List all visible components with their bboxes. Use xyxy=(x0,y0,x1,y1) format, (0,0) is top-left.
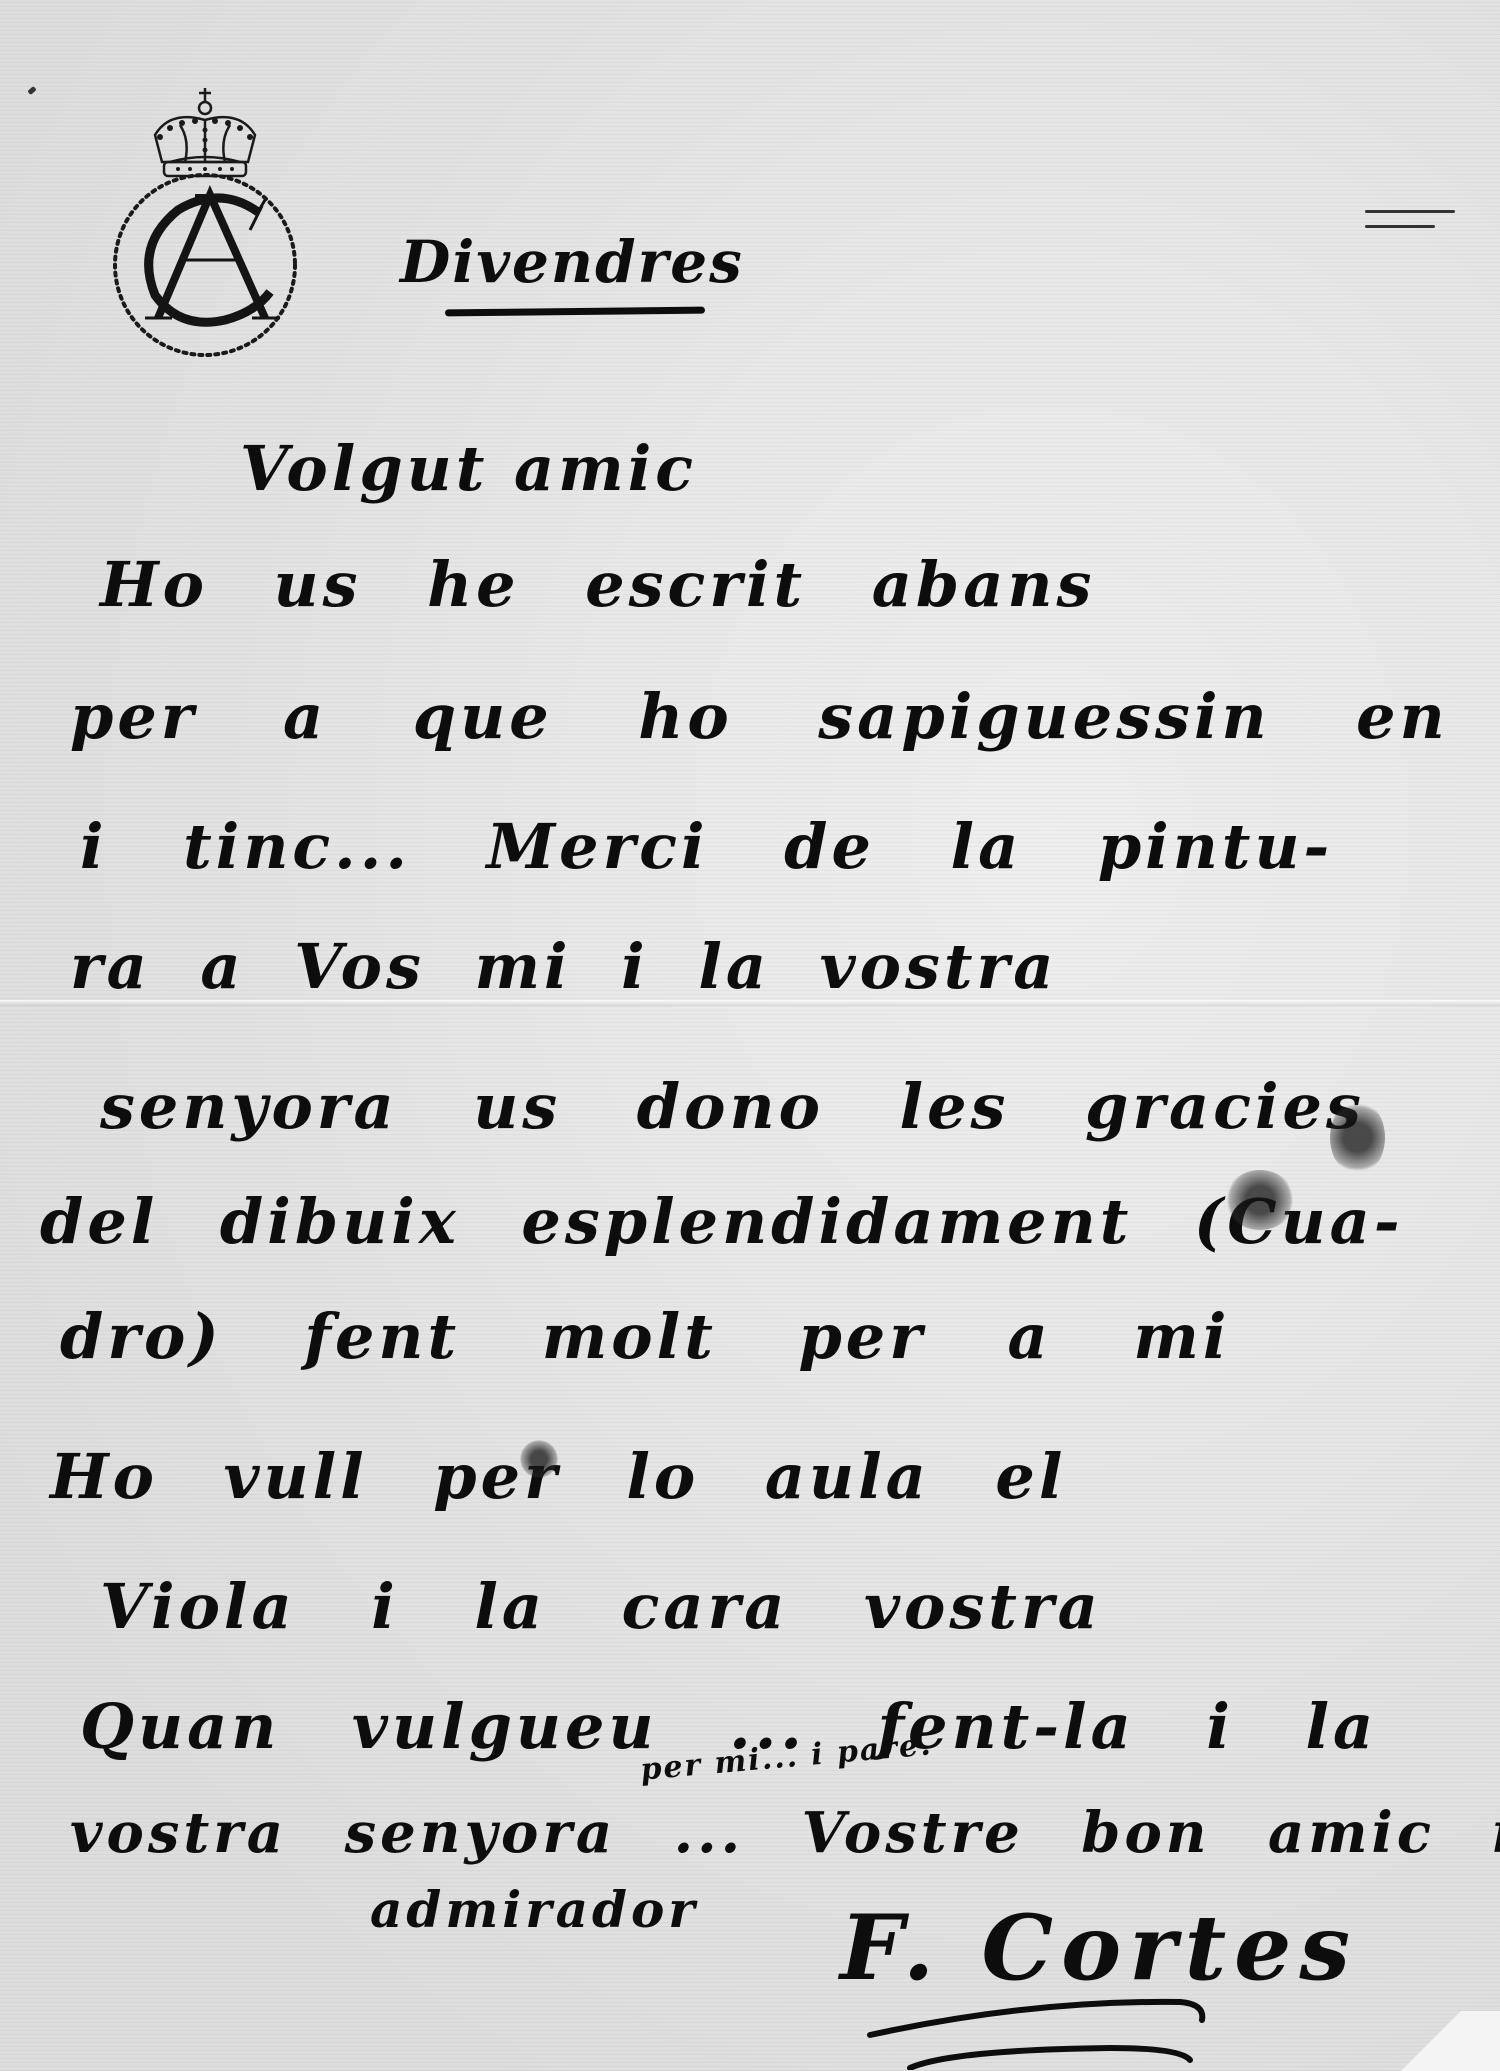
paper-corner-crease xyxy=(1360,2011,1500,2071)
letter-line: Viola i la cara vostra xyxy=(100,1570,1102,1643)
ink-blot xyxy=(520,1440,558,1478)
letter-line: senyora us dono les gracies xyxy=(100,1070,1365,1143)
letter-heading: Divendres xyxy=(400,228,744,296)
heading-underline xyxy=(445,307,705,317)
letter-line: Ho vull per lo aula el xyxy=(50,1440,1066,1513)
letter-line: Volgut amic xyxy=(240,432,697,505)
paper-fold-line xyxy=(0,1000,1500,1006)
letter-line: ra a Vos mi i la vostra xyxy=(70,930,1057,1003)
margin-mark xyxy=(1365,210,1455,213)
signature: F. Cortes xyxy=(840,1895,1358,2001)
letter-page: Divendres Volgut amic Ho us he escrit ab… xyxy=(0,0,1500,2071)
letter-line: per a que ho sapiguessin en casa xyxy=(70,680,1500,753)
signature-flourish-icon xyxy=(850,1990,1410,2070)
margin-mark xyxy=(1365,225,1435,228)
letter-line: vostra senyora ... Vostre bon amic i xyxy=(70,1800,1500,1866)
letter-line: Ho us he escrit abans xyxy=(100,548,1095,621)
ink-blot xyxy=(1225,1170,1295,1230)
closing-word: admirador xyxy=(370,1880,699,1939)
margin-mark xyxy=(27,86,36,95)
crowned-monogram-icon xyxy=(100,80,310,360)
ink-blot xyxy=(1330,1100,1385,1175)
letter-line: dro) fent molt per a mi xyxy=(60,1300,1230,1373)
letter-line: i tinc... Merci de la pintu- xyxy=(80,810,1333,883)
letter-line: del dibuix esplendidament (Cua- xyxy=(40,1185,1404,1258)
